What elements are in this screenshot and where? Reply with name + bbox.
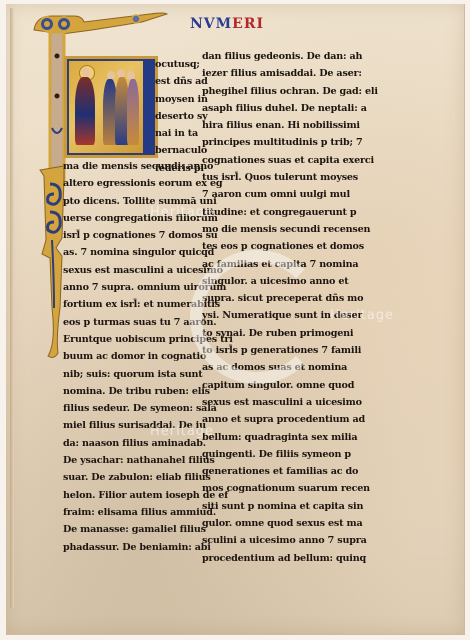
text-line: supra. sicut preceperat dñs mo	[202, 290, 378, 307]
text-line: iezer filius amisaddai. De aser:	[202, 65, 378, 82]
text-line: mo die mensis secundi recensen	[202, 221, 378, 238]
text-line: dan filius gedeonis. De dan: ah	[202, 48, 378, 65]
text-line: capitum singulor. omne quod	[202, 377, 378, 394]
text-line: to synai. De ruben primogeni	[202, 325, 378, 342]
miniature-painting	[64, 56, 158, 158]
text-line: ocutusq;	[155, 56, 208, 73]
text-line: to isrl̄s p generationes 7 famili	[202, 342, 378, 359]
text-line: asaph filius duhel. De neptali: a	[202, 100, 378, 117]
text-line: tus isrl̄. Quos tulerunt moyses	[202, 169, 378, 186]
text-line: sculini a uicesimo anno 7 supra	[202, 532, 378, 549]
text-line: principes multitudinis p trib; 7	[202, 134, 378, 151]
miniature-blue-border	[143, 59, 155, 155]
text-line: ysi. Numeratique sunt in deser	[202, 307, 378, 324]
text-line: est dñs ad	[155, 73, 208, 90]
text-line: cognationes suas et capita exerci	[202, 152, 378, 169]
text-line: procedentium ad bellum: quinq	[202, 550, 378, 567]
text-line: 7 aaron cum omni uulgi mul	[202, 186, 378, 203]
text-line: phegihel filius ochran. De gad: eli	[202, 83, 378, 100]
text-line: sexus est masculini a uicesimo	[202, 394, 378, 411]
figure-moses-icon	[75, 77, 95, 145]
text-column-right: dan filius gedeonis. De dan: ah iezer fi…	[202, 48, 378, 567]
text-line: siti sunt p nomina et capita sin	[202, 498, 378, 515]
text-line: singulor. a uicesimo anno et	[202, 273, 378, 290]
text-line: mos cognationum suarum recen	[202, 480, 378, 497]
text-line: nai in ta	[155, 125, 208, 142]
running-title-part1: NVM	[190, 16, 232, 32]
running-title: NVMERI	[190, 16, 264, 32]
figure-group-icon	[127, 79, 139, 145]
text-line: bellum: quadraginta sex milia	[202, 429, 378, 446]
scan-background: NVMERI	[0, 0, 470, 640]
text-line: hira filius enan. Hi nobilissimi	[202, 117, 378, 134]
text-line: gulor. omne quod sexus est ma	[202, 515, 378, 532]
text-line: deserto sy	[155, 108, 208, 125]
text-line: ac familias et capita 7 nomina	[202, 256, 378, 273]
text-line: generationes et familias ac do	[202, 463, 378, 480]
text-line: as ac domos suas et nomina	[202, 359, 378, 376]
text-line: quingenti. De filiis symeon p	[202, 446, 378, 463]
text-line: titudine: et congregauerunt p	[202, 204, 378, 221]
leaf-torn-edge	[10, 8, 14, 608]
figure-head-icon	[82, 68, 90, 77]
text-line: tes eos p cognationes et domos	[202, 238, 378, 255]
text-line: moysen in	[155, 91, 208, 108]
running-title-part2: ERI	[232, 16, 264, 32]
text-line: anno et supra procedentium ad	[202, 411, 378, 428]
